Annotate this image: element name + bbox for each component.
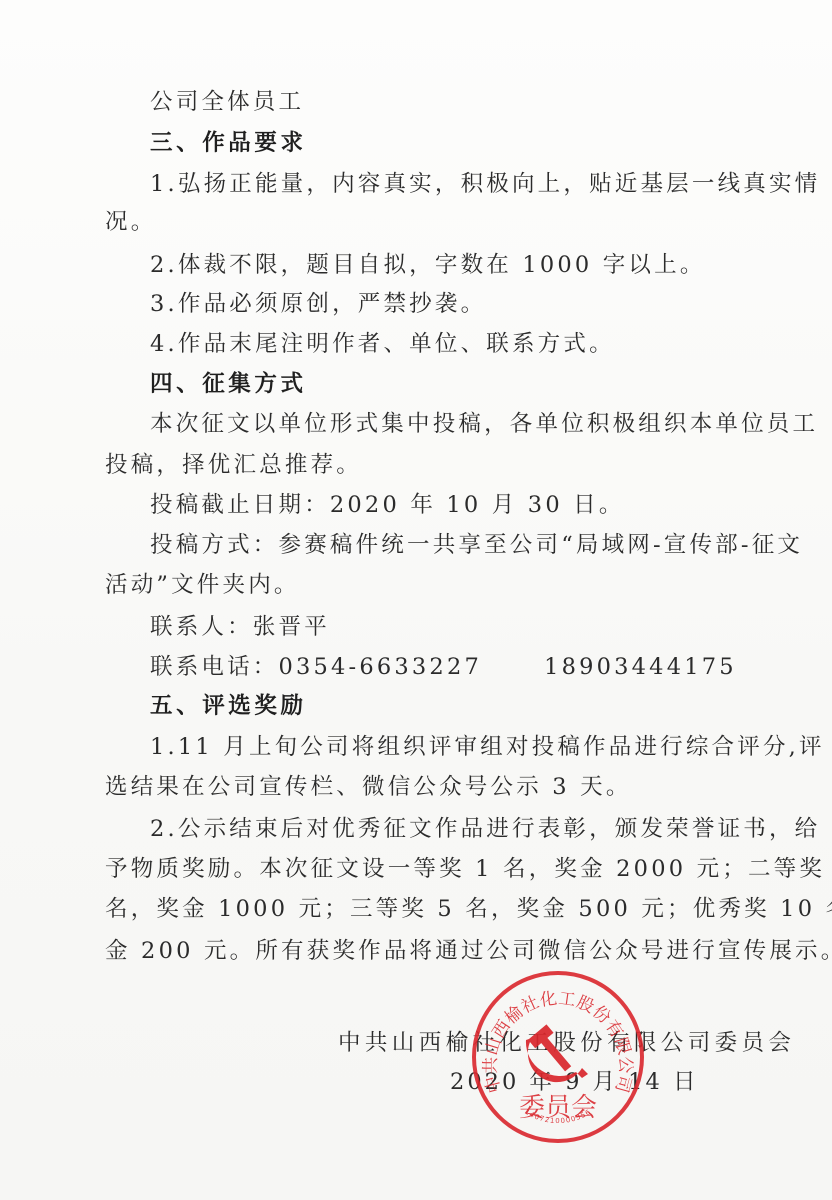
contact-phone-line: 联系电话：0354-6633227 18903444175	[150, 653, 737, 681]
section-heading-requirements: 三、作品要求	[150, 129, 307, 157]
award-item-2-continued-1: 予物质奖励。本次征文设一等奖 1 名，奖金 2000 元；二等奖 3	[105, 855, 832, 883]
submission-method-continued: 活动”文件夹内。	[105, 571, 300, 599]
deadline-line: 投稿截止日期：2020 年 10 月 30 日。	[150, 491, 625, 519]
contact-person-line: 联系人：张晋平	[150, 613, 330, 641]
collection-paragraph-continued: 投稿，择优汇总推荐。	[105, 451, 362, 479]
section-heading-collection: 四、征集方式	[150, 370, 307, 398]
requirement-1-continued: 况。	[105, 208, 156, 236]
award-item-2-continued-2: 名，奖金 1000 元；三等奖 5 名，奖金 500 元；优秀奖 10 名，奖	[105, 895, 832, 923]
requirement-3: 3.作品必须原创，严禁抄袭。	[150, 290, 486, 318]
scanned-document-page: 公司全体员工 三、作品要求 1.弘扬正能量，内容真实，积极向上，贴近基层一线真实…	[0, 0, 832, 1200]
award-item-2-continued-3: 金 200 元。所有获奖作品将通过公司微信公众号进行宣传展示。	[105, 937, 832, 965]
requirement-2: 2.体裁不限，题目自拟，字数在 1000 字以上。	[150, 251, 706, 279]
hammer-sickle-icon	[526, 1024, 588, 1082]
award-item-2: 2.公示结束后对优秀征文作品进行表彰，颁发荣誉证书，给	[150, 815, 820, 843]
requirement-1: 1.弘扬正能量，内容真实，积极向上，贴近基层一线真实情	[150, 170, 820, 198]
collection-paragraph: 本次征文以单位形式集中投稿，各单位积极组织本单位员工	[150, 410, 818, 438]
award-item-1: 1.11 月上旬公司将组织评审组对投稿作品进行综合评分,评	[150, 733, 825, 761]
requirement-4: 4.作品末尾注明作者、单位、联系方式。	[150, 330, 615, 358]
award-item-1-continued: 选结果在公司宣传栏、微信公众号公示 3 天。	[105, 773, 632, 801]
section-heading-awards: 五、评选奖励	[150, 692, 307, 720]
official-seal-stamp: 中共山西榆社化工股份有限公司 委员会 1407210000356	[470, 968, 646, 1146]
submission-method-line: 投稿方式：参赛稿件统一共享至公司“局域网-宣传部-征文	[150, 531, 803, 559]
recipient-line: 公司全体员工	[150, 88, 304, 116]
